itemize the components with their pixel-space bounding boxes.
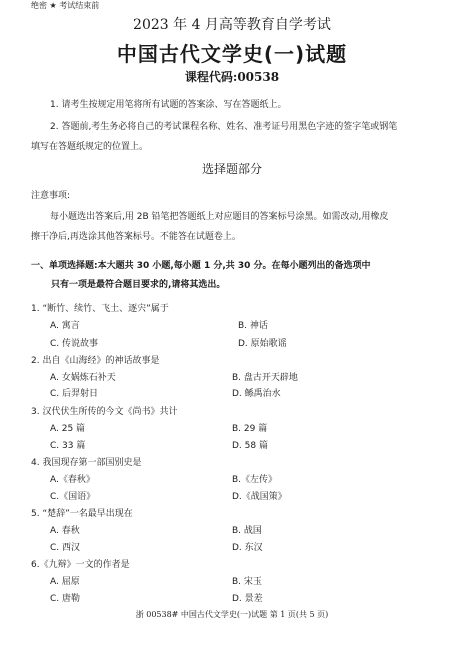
- option-b: B. 29 篇: [232, 421, 267, 434]
- option-d: D. 景差: [232, 591, 263, 604]
- option-c: C. 唐勒: [50, 591, 80, 604]
- option-d: D.《战国策》: [232, 489, 287, 502]
- option-d: D. 58 篇: [232, 438, 268, 451]
- paper-title: 中国古代文学史(一)试题: [0, 38, 464, 67]
- option-a: A. 春秋: [50, 523, 80, 536]
- option-d: D. 东汉: [232, 540, 263, 553]
- course-code: 课程代码:00538: [0, 68, 464, 85]
- instruction-2: 2. 答题前,考生务必将自己的考试课程名称、姓名、准考证号用黑色字迹的签字笔或钢…: [50, 119, 397, 132]
- option-a: A.《春秋》: [50, 472, 95, 485]
- option-b: B. 神话: [238, 318, 268, 331]
- option-b: B. 盘古开天辟地: [232, 370, 298, 383]
- section-title: 选择题部分: [0, 160, 464, 177]
- option-c: C. 33 篇: [50, 438, 85, 451]
- option-b: B. 宋玉: [232, 574, 262, 587]
- exam-title: 2023 年 4 月高等教育自学考试: [0, 14, 464, 34]
- part-one-heading: 一、单项选择题:本大题共 30 小题,每小题 1 分,共 30 分。在每小题列出…: [31, 258, 371, 271]
- option-c: C. 传说故事: [50, 336, 98, 349]
- option-d: D. 鲧禹治水: [232, 386, 281, 399]
- question-stem: 6.《九辩》一文的作者是: [31, 557, 130, 570]
- option-a: A. 女娲炼石补天: [50, 370, 116, 383]
- option-c: C. 西汉: [50, 540, 80, 553]
- notice-line-2: 擦干净后,再选涂其他答案标号。不能答在试题卷上。: [31, 229, 241, 242]
- question-stem: 5. “楚辞”一名最早出现在: [31, 506, 133, 519]
- part-one-heading-cont: 只有一项是最符合题目要求的,请将其选出。: [51, 277, 225, 290]
- instruction-2-cont: 填写在答题纸规定的位置上。: [31, 139, 148, 152]
- option-b: B. 战国: [232, 523, 262, 536]
- option-a: A. 寓言: [50, 318, 80, 331]
- question-stem: 1. “断竹、续竹、飞土、逐宍”属于: [31, 301, 169, 314]
- notice-line-1: 每小题选出答案后,用 2B 铅笔把答题纸上对应题目的答案标号涂黑。如需改动,用橡…: [50, 209, 388, 222]
- option-b: B.《左传》: [232, 472, 277, 485]
- question-stem: 2. 出自《山海经》的神话故事是: [31, 353, 159, 366]
- option-a: A. 屈原: [50, 574, 80, 587]
- page-footer: 浙 00538# 中国古代文学史(一)试题 第 1 页(共 5 页): [0, 609, 464, 620]
- notice-label: 注意事项:: [31, 188, 70, 201]
- option-d: D. 原始歌谣: [238, 336, 287, 349]
- instruction-1: 1. 请考生按规定用笔将所有试题的答案涂、写在答题纸上。: [50, 97, 286, 110]
- question-stem: 4. 我国现存第一部国别史是: [31, 455, 141, 468]
- question-stem: 3. 汉代伏生所传的今文《尚书》共计: [31, 404, 177, 417]
- option-a: A. 25 篇: [50, 421, 85, 434]
- option-c: C. 后羿射日: [50, 386, 98, 399]
- confidential-label: 绝密 ★ 考试结束前: [31, 0, 99, 11]
- option-c: C.《国语》: [50, 489, 95, 502]
